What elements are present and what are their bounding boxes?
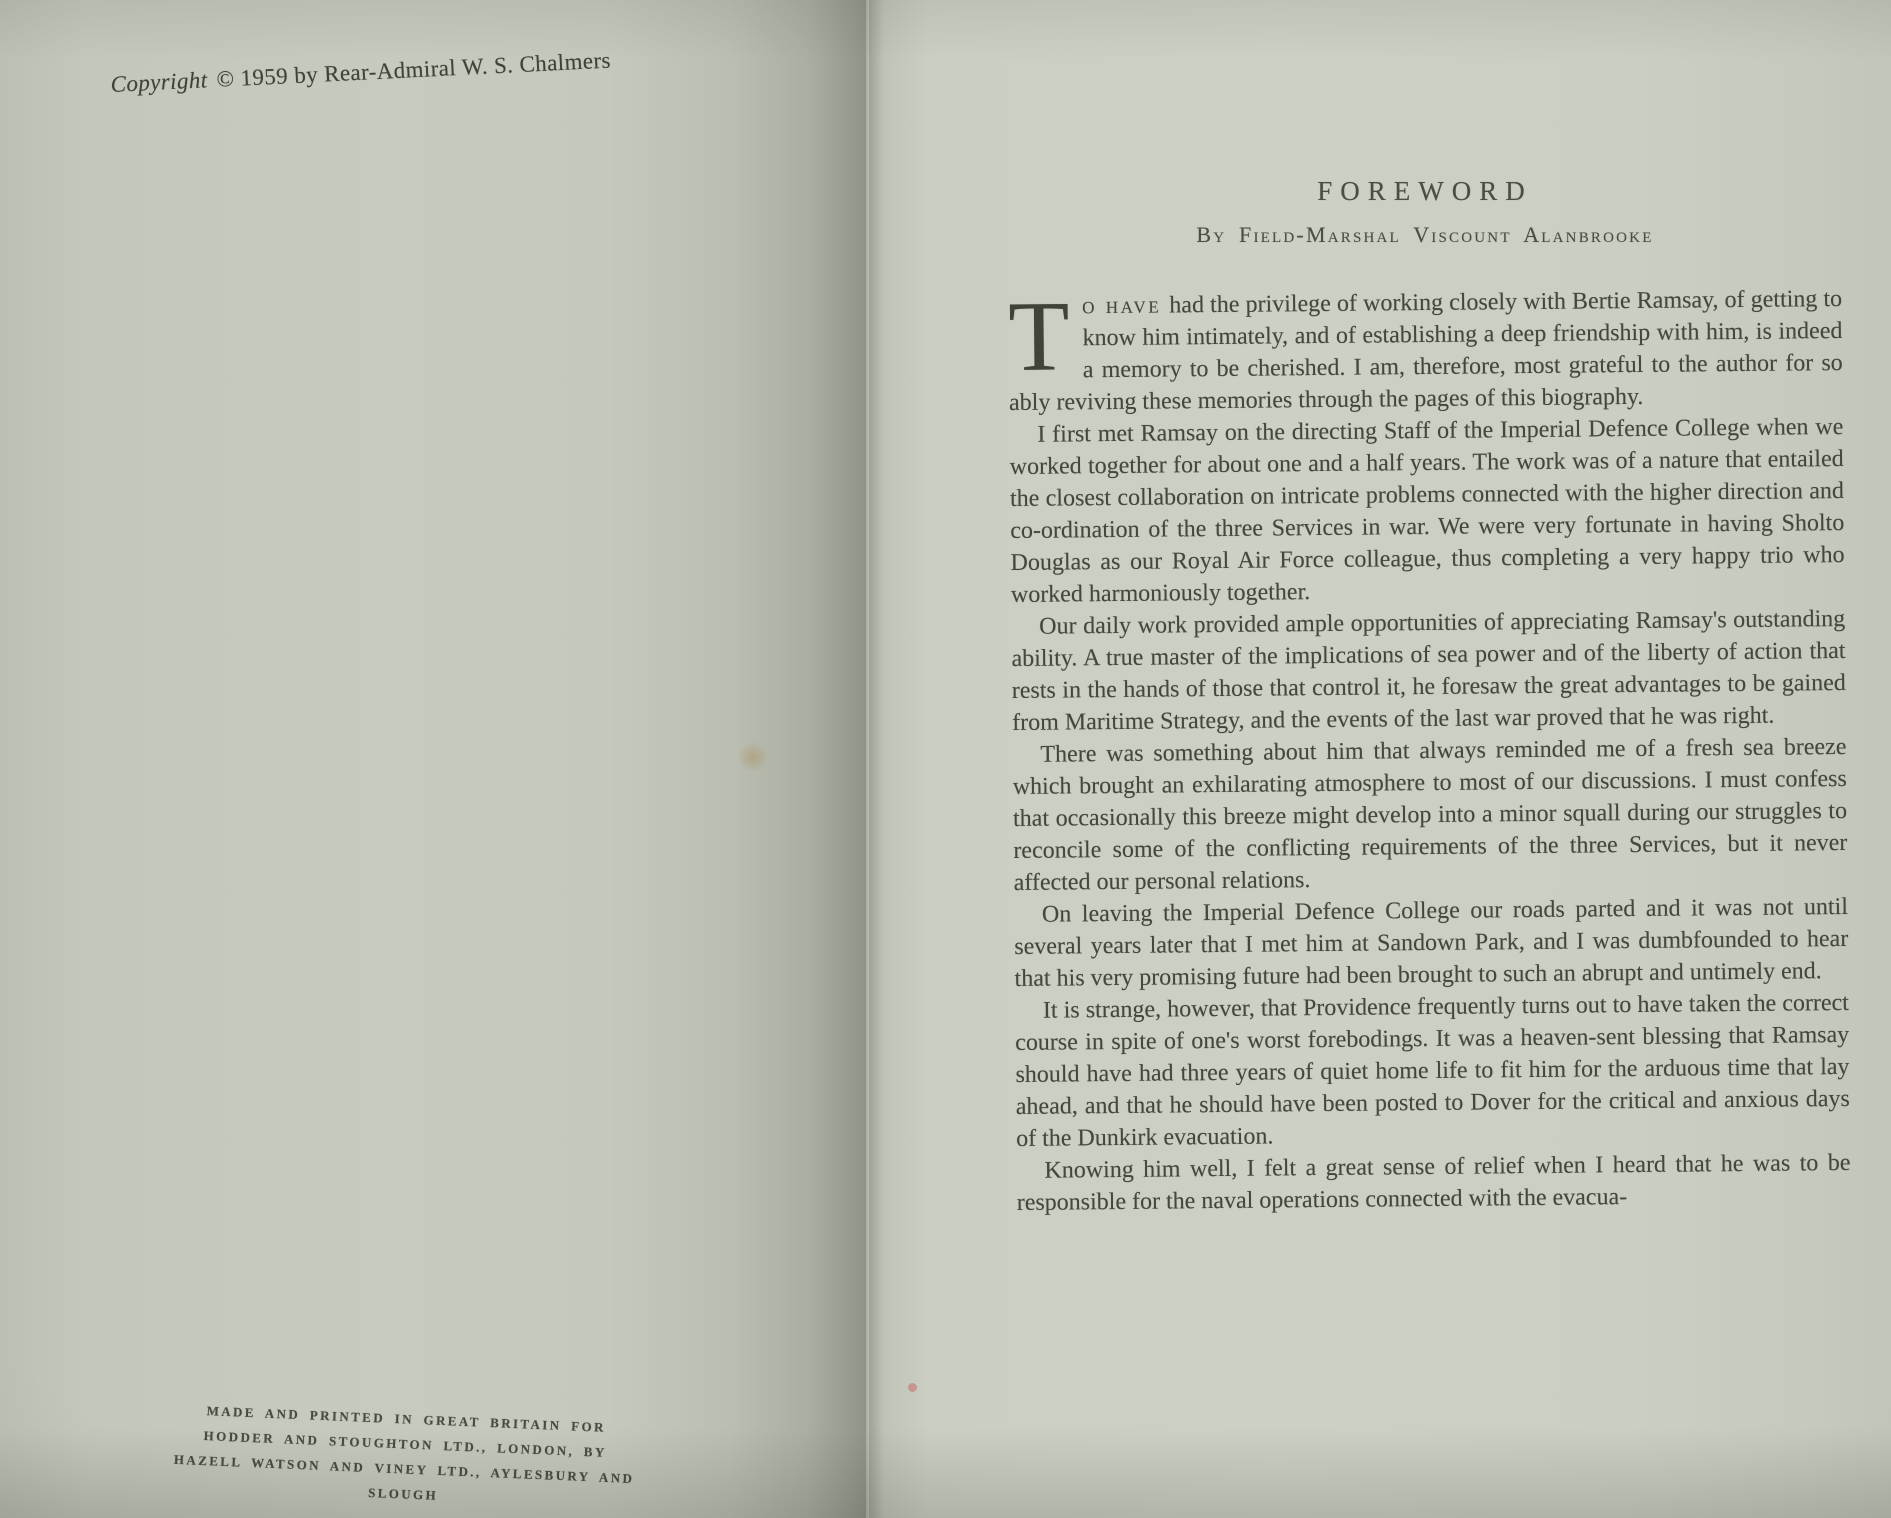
- photo-vignette: [0, 0, 1891, 1518]
- book-spread-photo: Copyright © 1959 by Rear-Admiral W. S. C…: [0, 0, 1891, 1518]
